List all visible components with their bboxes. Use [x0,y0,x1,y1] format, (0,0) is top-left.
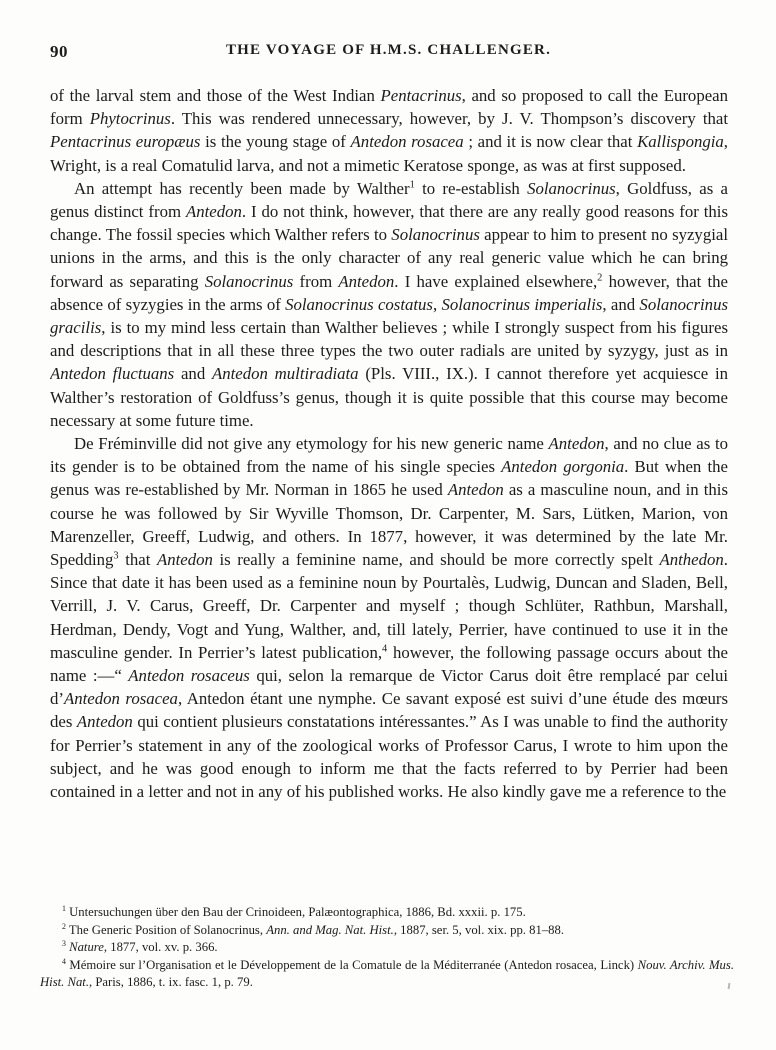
italic-text-run: Antedon [157,550,213,569]
italic-text-run: Antedon [186,202,242,221]
text-run: , 1887, ser. 5, vol. xix. pp. 81–88. [394,923,564,937]
paragraph-larval-stem: of the larval stem and those of the West… [50,84,728,177]
italic-text-run: Solanocrinus [391,225,480,244]
italic-text-run: Nature [69,940,104,954]
italic-text-run: Antedon rosacea [351,132,464,151]
text-run: Mémoire sur l’Organisation et le Dévelop… [66,958,638,972]
page-number: 90 [50,42,68,62]
text-run: , Paris, 1886, t. ix. fasc. 1, p. 79. [89,975,253,989]
italic-text-run: Pentacrinus europæus [50,132,200,151]
italic-text-run: Ann. and Mag. Nat. Hist. [266,923,394,937]
text-run: An attempt has recently been made by Wal… [74,179,410,198]
italic-text-run: Antedon [448,480,504,499]
text-run: is really a feminine name, and should be… [213,550,660,569]
italic-text-run: Anthedon [659,550,723,569]
italic-text-run: Antedon gorgonia [501,457,624,476]
footnotes-section: 1 Untersuchungen über den Bau der Crinoi… [40,904,734,992]
italic-text-run: Solanocrinus costatus [285,295,433,314]
italic-text-run: Antedon rosaceus [128,666,250,685]
text-run: . This was rendered unnecessary, however… [171,109,728,128]
text-run: . I have explained elsewhere, [394,272,597,291]
footnote-1: 1 Untersuchungen über den Bau der Crinoi… [40,904,734,922]
footnote-2: 2 The Generic Position of Solanocrinus, … [40,922,734,940]
page-body: of the larval stem and those of the West… [50,84,728,803]
italic-text-run: Antedon rosacea [64,689,178,708]
italic-text-run: Antedon [77,712,133,731]
book-page: 90 THE VOYAGE OF H.M.S. CHALLENGER. of t… [0,0,776,1050]
text-run: that [119,550,157,569]
text-run: , is to my mind less certain than Walthe… [50,318,728,360]
text-run: De Fréminville did not give any etymolog… [74,434,549,453]
paragraph-antedon-gender: De Fréminville did not give any etymolog… [50,432,728,803]
text-run: Untersuchungen über den Bau der Crinoide… [66,905,526,919]
italic-text-run: Antedon fluctuans [50,364,174,383]
footnote-3: 3 Nature, 1877, vol. xv. p. 366. [40,939,734,957]
italic-text-run: Solanocrinus imperialis [441,295,602,314]
text-run: and [174,364,212,383]
text-run: The Generic Position of Solanocrinus, [66,923,266,937]
running-title: THE VOYAGE OF H.M.S. CHALLENGER. [50,42,727,59]
italic-text-run: Antedon [338,272,394,291]
text-run: of the larval stem and those of the West… [50,86,381,105]
text-run: is the young stage of [200,132,350,151]
italic-text-run: Pentacrinus [381,86,462,105]
text-run: from [293,272,338,291]
paragraph-walther-solanocrinus: An attempt has recently been made by Wal… [50,177,728,432]
text-run: , and [602,295,639,314]
page-header: 90 THE VOYAGE OF H.M.S. CHALLENGER. [50,42,727,62]
italic-text-run: Kallispongia [637,132,724,151]
italic-text-run: Antedon multiradiata [212,364,359,383]
text-run: to re-establish [415,179,527,198]
footnote-4: 4 Mémoire sur l’Organisation et le Dével… [40,957,734,992]
text-run: ; and it is now clear that [464,132,637,151]
italic-text-run: Solanocrinus [527,179,616,198]
text-run: qui contient plusieurs constatations int… [50,712,728,801]
italic-text-run: Solanocrinus [205,272,294,291]
italic-text-run: Phytocrinus [90,109,171,128]
text-run: , 1877, vol. xv. p. 366. [104,940,218,954]
italic-text-run: Antedon [549,434,605,453]
